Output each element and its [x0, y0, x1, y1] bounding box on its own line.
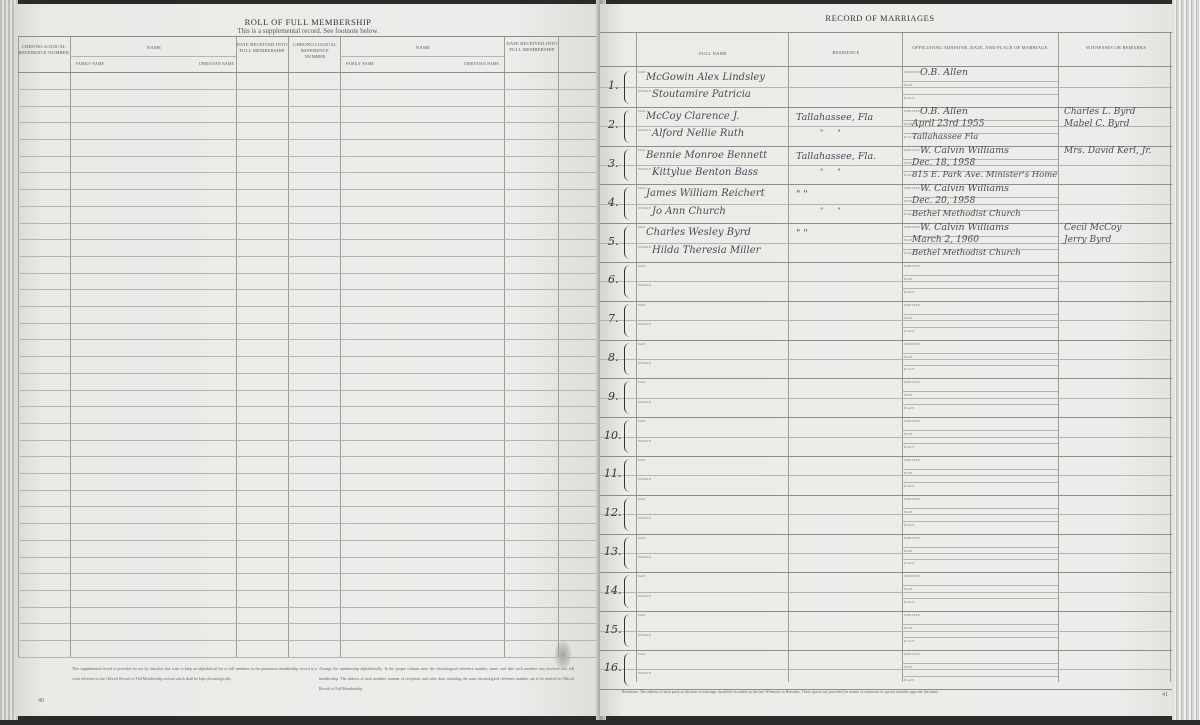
brace-icon: [624, 304, 631, 337]
label-man: MAN: [638, 419, 646, 423]
marriage-entry: 9.MANWOMANMINISTERDATEPLACE: [600, 378, 1172, 417]
column-rule: [340, 36, 341, 658]
entry-number: 8.: [608, 351, 619, 364]
label-minister: MINISTER: [904, 303, 920, 307]
label-place: PLACE: [904, 639, 915, 643]
marriage-entry: 7.MANWOMANMINISTERDATEPLACE: [600, 301, 1172, 340]
label-man: MAN: [638, 70, 646, 74]
brace-icon: [624, 498, 631, 531]
header-rule: [70, 56, 236, 57]
witness-1: Mrs. David Kerl, Jr.: [1064, 146, 1152, 156]
row-rule: [18, 89, 598, 90]
col-header-date-received-1: DATE RECEIVED INTO FULL MEMBERSHIP: [236, 42, 288, 54]
label-man: MAN: [638, 458, 646, 462]
marriage-date: April 23rd 1955: [912, 119, 984, 129]
label-date: DATE: [904, 83, 912, 87]
header-rule: [600, 32, 1172, 33]
label-man: MAN: [638, 186, 646, 190]
label-place: PLACE: [904, 96, 915, 100]
page-title: ROLL OF FULL MEMBERSHIP: [14, 17, 602, 27]
book-edge-right: [1172, 0, 1200, 720]
row-rule: [18, 256, 598, 257]
label-minister: MINISTER: [904, 380, 920, 384]
row-rule: [18, 423, 598, 424]
label-date: DATE: [904, 316, 912, 320]
row-rule: [18, 640, 598, 641]
label-man: MAN: [638, 109, 646, 113]
marriage-date: March 2, 1960: [912, 235, 979, 245]
label-place: PLACE: [904, 561, 915, 565]
label-woman: WOMAN: [638, 322, 651, 326]
row-rule: [18, 657, 598, 658]
row-rule: [18, 106, 598, 107]
brace-icon: [624, 653, 631, 686]
row-rule: [18, 607, 598, 608]
column-rule: [558, 36, 559, 658]
row-rule: [18, 223, 598, 224]
marriage-entry: 4.MANWOMANMINISTERDATEPLACEJames William…: [600, 184, 1172, 223]
entry-number: 14.: [604, 584, 622, 597]
row-rule: [18, 490, 598, 491]
entry-number: 16.: [604, 661, 622, 674]
row-rule: [18, 623, 598, 624]
column-rule: [288, 36, 289, 658]
label-man: MAN: [638, 574, 646, 578]
groom-residence: " ": [796, 228, 808, 239]
groom-residence: " ": [796, 189, 808, 200]
label-man: MAN: [638, 264, 646, 268]
label-man: MAN: [638, 148, 646, 152]
page-number-right: 41: [1162, 692, 1168, 698]
header-rule: [18, 72, 598, 73]
label-place: PLACE: [904, 678, 915, 682]
marriage-entry: 13.MANWOMANMINISTERDATEPLACE: [600, 534, 1172, 573]
entry-number: 11.: [604, 467, 622, 480]
label-minister: MINISTER: [904, 109, 920, 113]
marriage-entry: 16.MANWOMANMINISTERDATEPLACE: [600, 650, 1172, 689]
label-place: PLACE: [904, 445, 915, 449]
label-date: DATE: [904, 510, 912, 514]
label-minister: MINISTER: [904, 419, 920, 423]
row-rule: [18, 440, 598, 441]
label-minister: MINISTER: [904, 70, 920, 74]
brace-icon: [624, 420, 631, 453]
marriage-entry: 3.MANWOMANMINISTERDATEPLACEBennie Monroe…: [600, 146, 1172, 185]
row-rule: [18, 139, 598, 140]
marriage-entry: 8.MANWOMANMINISTERDATEPLACE: [600, 340, 1172, 379]
witness-1: Cecil McCoy: [1064, 223, 1122, 233]
label-minister: MINISTER: [904, 613, 920, 617]
entry-number: 6.: [608, 273, 619, 286]
header-rule: [600, 66, 1172, 67]
officiating-minister: W. Calvin Williams: [920, 145, 1009, 156]
row-rule: [18, 206, 598, 207]
column-rule: [236, 36, 237, 658]
row-rule: [18, 239, 598, 240]
label-date: DATE: [904, 665, 912, 669]
label-date: DATE: [904, 355, 912, 359]
col-header-chrono-ref-2: CHRONO LOGICAL REFERENCE NUMBER: [290, 42, 340, 60]
label-minister: MINISTER: [904, 536, 920, 540]
label-minister: MINISTER: [904, 186, 920, 190]
officiating-minister: O.B. Allen: [920, 67, 968, 78]
marriage-entry: 11.MANWOMANMINISTERDATEPLACE: [600, 456, 1172, 495]
col-subheader-family-name-2: FAMILY NAME: [346, 61, 406, 67]
row-rule: [18, 339, 598, 340]
row-rule: [18, 172, 598, 173]
label-man: MAN: [638, 497, 646, 501]
label-woman: WOMAN: [638, 400, 651, 404]
groom-name: James William Reichert: [646, 188, 765, 199]
marriage-place: Bethel Methodist Church: [912, 248, 1021, 258]
col-header-officiating: OFFICIATING MINISTER, DATE, AND PLACE OF…: [905, 45, 1055, 51]
label-man: MAN: [638, 536, 646, 540]
open-record-book: ROLL OF FULL MEMBERSHIP This is a supple…: [0, 0, 1200, 720]
brace-icon: [624, 110, 631, 143]
label-woman: WOMAN: [638, 167, 651, 171]
label-place: PLACE: [904, 406, 915, 410]
groom-name: Bennie Monroe Bennett: [646, 150, 767, 161]
label-woman: WOMAN: [638, 594, 651, 598]
groom-residence: Tallahassee, Fla.: [796, 151, 876, 162]
bride-name: Jo Ann Church: [652, 206, 726, 217]
brace-icon: [624, 459, 631, 492]
row-rule: [18, 523, 598, 524]
brace-icon: [624, 149, 631, 182]
label-place: PLACE: [904, 367, 915, 371]
witness-2: Jerry Byrd: [1064, 235, 1111, 245]
col-header-residence: RESIDENCE: [790, 50, 902, 56]
bride-residence: " ": [820, 207, 847, 215]
col-subheader-family-name-1: FAMILY NAME: [76, 61, 136, 67]
bride-name: Alford Nellie Ruth: [652, 128, 744, 139]
groom-name: McGowin Alex Lindsley: [646, 72, 765, 83]
footnote-right: Arrange the membership alphabetically. I…: [319, 664, 574, 694]
row-rule: [18, 156, 598, 157]
marriage-entry: 1.MANWOMANMINISTERDATEPLACEMcGowin Alex …: [600, 68, 1172, 107]
row-rule: [18, 273, 598, 274]
row-rule: [18, 289, 598, 290]
label-minister: MINISTER: [904, 652, 920, 656]
row-rule: [18, 390, 598, 391]
entry-number: 7.: [608, 312, 619, 325]
groom-name: Charles Wesley Byrd: [646, 227, 751, 238]
label-minister: MINISTER: [904, 342, 920, 346]
row-rule: [18, 323, 598, 324]
label-man: MAN: [638, 652, 646, 656]
marriage-place: Bethel Methodist Church: [912, 209, 1021, 219]
row-rule: [18, 540, 598, 541]
brace-icon: [624, 226, 631, 259]
entry-number: 10.: [604, 429, 622, 442]
label-woman: WOMAN: [638, 128, 651, 132]
marriage-entry: 14.MANWOMANMINISTERDATEPLACE: [600, 572, 1172, 611]
col-header-chrono-ref-1: CHRONO-LOGICAL REFERENCE NUMBER: [18, 44, 70, 56]
witness-1: Charles L. Byrd: [1064, 107, 1136, 117]
entry-number: 4.: [608, 196, 619, 209]
label-woman: WOMAN: [638, 283, 651, 287]
entry-number: 13.: [604, 545, 622, 558]
label-woman: WOMAN: [638, 439, 651, 443]
label-woman: WOMAN: [638, 206, 651, 210]
entry-number: 15.: [604, 623, 622, 636]
label-minister: MINISTER: [904, 458, 920, 462]
label-woman: WOMAN: [638, 361, 651, 365]
officiating-minister: W. Calvin Williams: [920, 183, 1009, 194]
marriage-date: Dec. 20, 1958: [912, 196, 975, 206]
label-woman: WOMAN: [638, 89, 651, 93]
row-rule: [18, 473, 598, 474]
row-rule: [18, 590, 598, 591]
marriage-entry: 6.MANWOMANMINISTERDATEPLACE: [600, 262, 1172, 301]
label-date: DATE: [904, 549, 912, 553]
label-date: DATE: [904, 393, 912, 397]
entry-number: 3.: [608, 157, 619, 170]
label-woman: WOMAN: [638, 477, 651, 481]
label-date: DATE: [904, 471, 912, 475]
witness-2: Mabel C. Byrd: [1064, 119, 1129, 129]
entry-number: 1.: [608, 79, 619, 92]
entry-number: 2.: [608, 118, 619, 131]
bride-residence: " ": [820, 129, 847, 137]
brace-icon: [624, 343, 631, 376]
label-woman: WOMAN: [638, 245, 651, 249]
marriage-entry: 12.MANWOMANMINISTERDATEPLACE: [600, 495, 1172, 534]
groom-name: McCoy Clarence J.: [646, 111, 739, 122]
label-place: PLACE: [904, 329, 915, 333]
officiating-minister: W. Calvin Williams: [920, 222, 1009, 233]
marriage-place: Tallahassee Fla: [912, 132, 978, 142]
label-woman: WOMAN: [638, 555, 651, 559]
header-rule: [340, 56, 504, 57]
page-number-left: 40: [38, 698, 44, 704]
col-header-full-name: FULL NAME: [638, 51, 788, 57]
label-place: PLACE: [904, 290, 915, 294]
label-minister: MINISTER: [904, 264, 920, 268]
row-rule: [18, 356, 598, 357]
bride-name: Hilda Theresia Miller: [652, 245, 760, 256]
label-minister: MINISTER: [904, 497, 920, 501]
brace-icon: [624, 537, 631, 570]
row-rule: [18, 506, 598, 507]
entry-number: 5.: [608, 235, 619, 248]
label-place: PLACE: [904, 484, 915, 488]
label-woman: WOMAN: [638, 516, 651, 520]
label-date: DATE: [904, 432, 912, 436]
marriage-entry: 5.MANWOMANMINISTERDATEPLACECharles Wesle…: [600, 223, 1172, 262]
brace-icon: [624, 71, 631, 104]
label-minister: MINISTER: [904, 574, 920, 578]
header-rule: [18, 36, 598, 37]
label-man: MAN: [638, 342, 646, 346]
label-woman: WOMAN: [638, 671, 651, 675]
brace-icon: [624, 575, 631, 608]
label-minister: MINISTER: [904, 225, 920, 229]
roll-of-full-membership-page: ROLL OF FULL MEMBERSHIP This is a supple…: [14, 4, 602, 716]
col-subheader-christian-name-2: CHRISTIAN NAME: [439, 61, 499, 67]
row-rule: [18, 306, 598, 307]
col-header-name-2: NAME: [342, 45, 504, 51]
footnote-left: This supplemental record is provided for…: [72, 664, 317, 684]
record-of-marriages-page: RECORD OF MARRIAGES FULL NAME RESIDENCE …: [600, 4, 1175, 716]
row-rule: [18, 573, 598, 574]
marriage-place: 815 E. Park Ave. Minister's Home: [912, 170, 1057, 180]
page-subtitle: This is a supplemental record. See footn…: [14, 27, 602, 35]
label-place: PLACE: [904, 523, 915, 527]
brace-icon: [624, 614, 631, 647]
page-stain: [554, 640, 572, 670]
column-rule: [504, 36, 505, 658]
row-rule: [18, 122, 598, 123]
bride-name: Stoutamire Patricia: [652, 89, 751, 100]
label-date: DATE: [904, 277, 912, 281]
row-rule: [18, 557, 598, 558]
marriage-entry: 10.MANWOMANMINISTERDATEPLACE: [600, 417, 1172, 456]
brace-icon: [624, 187, 631, 220]
col-header-date-received-2: DATE RECEIVED INTO FULL MEMBERSHIP: [506, 41, 558, 53]
column-rule: [18, 36, 19, 658]
officiating-minister: O.B. Allen: [920, 106, 968, 117]
bride-name: Kittylue Benton Bass: [652, 167, 758, 178]
brace-icon: [624, 381, 631, 414]
entry-number: 9.: [608, 390, 619, 403]
bride-residence: " ": [820, 168, 847, 176]
label-date: DATE: [904, 626, 912, 630]
label-man: MAN: [638, 225, 646, 229]
label-woman: WOMAN: [638, 633, 651, 637]
label-minister: MINISTER: [904, 148, 920, 152]
label-place: PLACE: [904, 600, 915, 604]
row-rule: [600, 689, 1172, 690]
marriage-date: Dec. 18, 1958: [912, 158, 975, 168]
label-man: MAN: [638, 613, 646, 617]
entry-number: 12.: [604, 506, 622, 519]
brace-icon: [624, 265, 631, 298]
col-subheader-christian-name-1: CHRISTIAN NAME: [174, 61, 234, 67]
groom-residence: Tallahassee, Fla: [796, 112, 873, 123]
column-rule: [70, 36, 71, 658]
page-title: RECORD OF MARRIAGES: [600, 13, 1160, 23]
row-rule: [18, 456, 598, 457]
label-date: DATE: [904, 587, 912, 591]
col-header-witnesses: WITNESSES OR REMARKS: [1060, 45, 1172, 51]
row-rule: [18, 406, 598, 407]
marriage-entry: 15.MANWOMANMINISTERDATEPLACE: [600, 611, 1172, 650]
marriage-entry: 2.MANWOMANMINISTERDATEPLACEMcCoy Clarenc…: [600, 107, 1172, 146]
col-header-name-1: NAME: [72, 45, 236, 51]
label-man: MAN: [638, 380, 646, 384]
row-rule: [18, 189, 598, 190]
label-man: MAN: [638, 303, 646, 307]
row-rule: [18, 373, 598, 374]
